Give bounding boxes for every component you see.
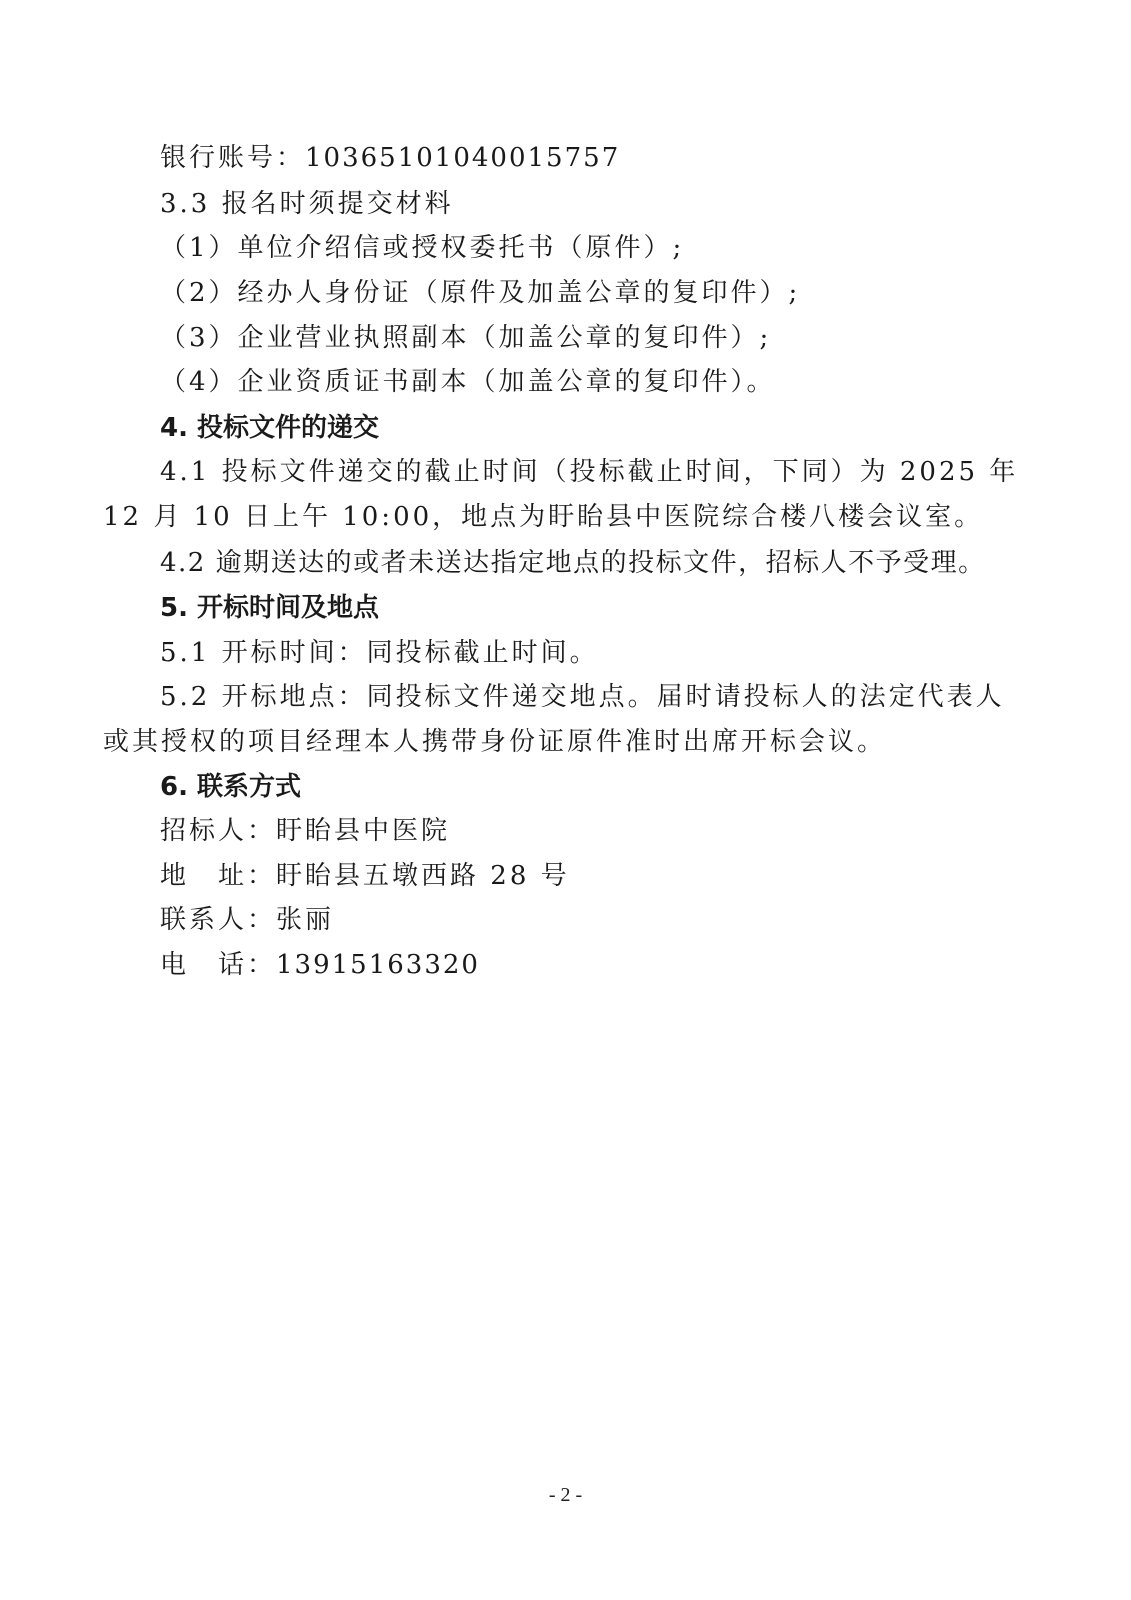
contact-value: 13915163320 xyxy=(276,950,480,980)
section-5-1: 5.1 开标时间：同投标截止时间。 xyxy=(160,637,599,669)
section-5-2-line-1: 5.2 开标地点：同投标文件递交地点。届时请投标人的法定代表人 xyxy=(160,681,1005,713)
page-number: - 2 - xyxy=(0,1483,1131,1507)
contact-value: 盱眙县五墩西路 28 号 xyxy=(276,861,570,891)
contact-label: 联系人： xyxy=(160,905,276,935)
material-item-3: （3）企业营业执照副本（加盖公章的复印件）; xyxy=(160,322,771,354)
contact-address: 地 址：盱眙县五墩西路 28 号 xyxy=(160,860,570,892)
section-5-2-line-2: 或其授权的项目经理本人携带身份证原件准时出席开标会议。 xyxy=(103,726,886,758)
contact-tenderer: 招标人：盱眙县中医院 xyxy=(160,815,450,847)
material-item-2: （2）经办人身份证（原件及加盖公章的复印件）; xyxy=(160,277,800,309)
section-4-1-line-2: 12 月 10 日上午 10:00，地点为盱眙县中医院综合楼八楼会议室。 xyxy=(103,501,983,533)
contact-value: 张丽 xyxy=(276,905,334,935)
contact-label: 地 址： xyxy=(160,861,276,891)
contact-phone: 电 话：13915163320 xyxy=(160,949,480,981)
bank-account-line: 银行账号：10365101040015757 xyxy=(160,142,620,174)
section-4-2: 4.2 逾期送达的或者未送达指定地点的投标文件，招标人不予受理。 xyxy=(160,547,986,579)
section-5-heading: 5. 开标时间及地点 xyxy=(160,592,379,624)
section-3-3-title: 3.3 报名时须提交材料 xyxy=(160,188,454,220)
material-item-4: （4）企业资质证书副本（加盖公章的复印件）。 xyxy=(160,366,776,398)
material-item-1: （1）单位介绍信或授权委托书（原件）; xyxy=(160,232,684,264)
section-4-heading: 4. 投标文件的递交 xyxy=(160,412,379,444)
section-6-heading: 6. 联系方式 xyxy=(160,771,301,803)
bank-account-label: 银行账号： xyxy=(160,143,305,173)
bank-account-value: 10365101040015757 xyxy=(305,143,620,173)
section-4-1-line-1: 4.1 投标文件递交的截止时间（投标截止时间，下同）为 2025 年 xyxy=(160,456,1018,488)
contact-label: 电 话： xyxy=(160,950,276,980)
contact-label: 招标人： xyxy=(160,816,276,846)
contact-person: 联系人：张丽 xyxy=(160,904,334,936)
document-page: 银行账号：10365101040015757 3.3 报名时须提交材料 （1）单… xyxy=(0,0,1131,1600)
contact-value: 盱眙县中医院 xyxy=(276,816,450,846)
